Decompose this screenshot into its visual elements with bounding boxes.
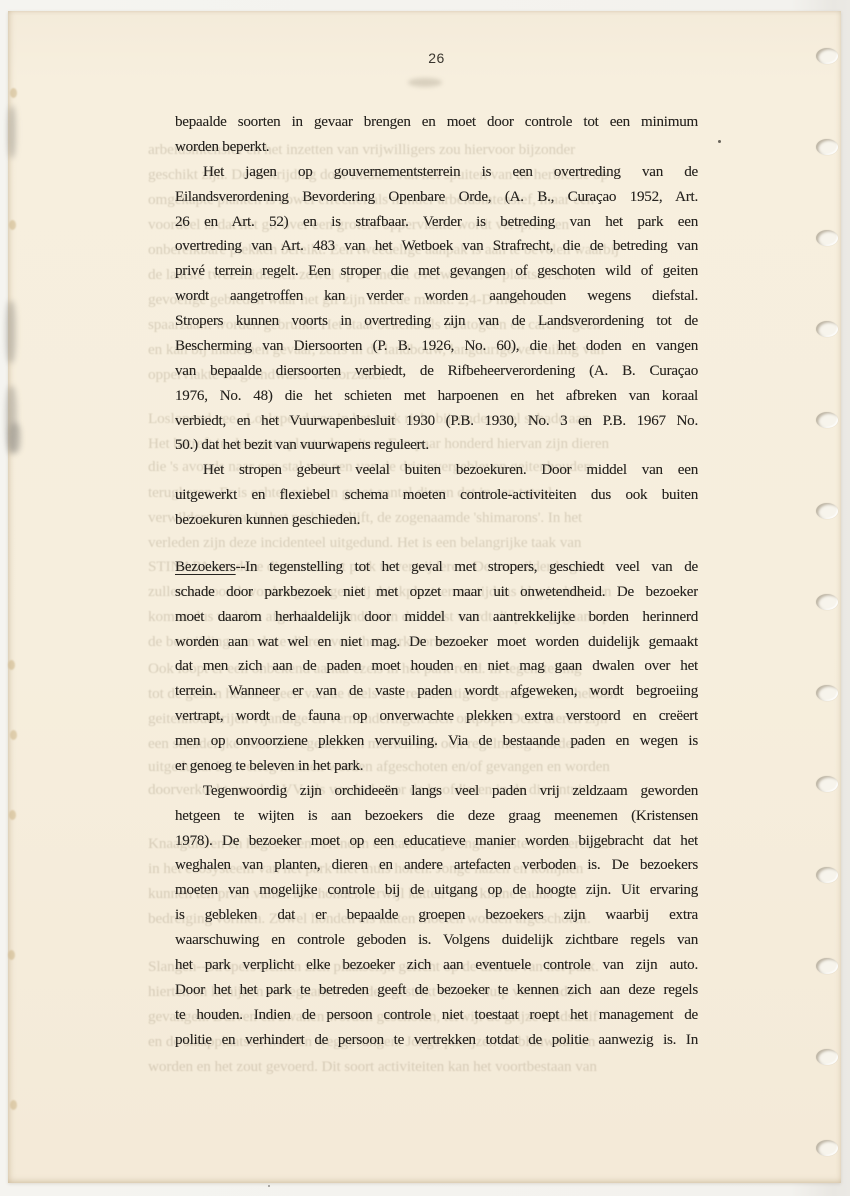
binder-hole [816, 958, 838, 974]
edge-spot [9, 220, 16, 230]
text-line: dat men zich aan de paden moet houden en… [175, 654, 698, 679]
binder-hole [816, 503, 838, 519]
text-line: moet daarom herhaaldelijk door middel va… [175, 605, 698, 630]
text-line: te houden. Indien de persoon controle ni… [175, 1003, 698, 1028]
edge-spot [8, 660, 15, 670]
text-line: van bepaalde diersoorten verbiedt, de Ri… [175, 359, 698, 384]
text-line: 50.) dat het bezit van vuurwapens regule… [175, 433, 698, 458]
paper: arbeidsintensief en het inzetten van vri… [8, 11, 841, 1183]
edge-smudge [6, 301, 16, 363]
text-line: moeten van mogelijke controle bij de uit… [175, 878, 698, 903]
text-line: men op onvoorziene plekken vervuiling. V… [175, 729, 698, 754]
text-line: vertrapt, wordt de fauna op onverwachte … [175, 704, 698, 729]
text-line: Het stropen gebeurt veelal buiten bezoek… [175, 458, 698, 483]
text-line: Tegenwoordig zijn orchideeën langs veel … [175, 779, 698, 804]
text-line: worden aan wat wel en niet mag. De bezoe… [175, 630, 698, 655]
text-line: weghalen van planten, dieren en andere a… [175, 853, 698, 878]
text-line: er genoeg te beleven in het park. [175, 754, 698, 779]
binder-hole [816, 139, 838, 155]
pagenum-smudge [408, 78, 442, 87]
binder-hole [816, 412, 838, 428]
ink-speck [268, 1185, 270, 1187]
binder-hole [816, 776, 838, 792]
text-line: 1976, No. 48) die het schieten met harpo… [175, 384, 698, 409]
text-line: verbiedt, en het Vuurwapenbesluit 1930 (… [175, 409, 698, 434]
binder-hole [816, 867, 838, 883]
paragraph: bepaalde soorten in gevaar brengen en mo… [175, 110, 698, 160]
text-line: worden beperkt. [175, 135, 698, 160]
edge-spot [10, 88, 17, 98]
binder-hole [816, 321, 838, 337]
edge-spot [9, 810, 16, 820]
paragraph: Tegenwoordig zijn orchideeën langs veel … [175, 779, 698, 1053]
text-line: overtreding van Art. 483 van het Wetboek… [175, 234, 698, 259]
text-line: wordt aangetroffen kan verder worden aan… [175, 284, 698, 309]
text-line: bepaalde soorten in gevaar brengen en mo… [175, 110, 698, 135]
binder-hole [816, 48, 838, 64]
binder-hole [816, 685, 838, 701]
binder-hole [816, 1140, 838, 1156]
text-line: 26 en Art. 52) en is strafbaar. Verder i… [175, 210, 698, 235]
text-line: het park verplicht elke bezoeker zich aa… [175, 953, 698, 978]
text-line: Door het het park te betreden geeft de b… [175, 978, 698, 1003]
binder-hole [816, 230, 838, 246]
text-line: is gebleken dat er bepaalde groepen bezo… [175, 903, 698, 928]
text-line: privé terrein regelt. Een stroper die me… [175, 259, 698, 284]
ink-speck [718, 140, 721, 143]
scan-background: arbeidsintensief en het inzetten van vri… [0, 0, 850, 1196]
text-line: politie en verhindert de persoon te vert… [175, 1028, 698, 1053]
text-line: Eilandsverordening Bevordering Openbare … [175, 185, 698, 210]
binder-hole [816, 594, 838, 610]
text-line: Het jagen op gouvernementsterrein is een… [175, 160, 698, 185]
text-line: waarschuwing en controle geboden is. Vol… [175, 928, 698, 953]
text-line: hetgeen te wijten is aan bezoekers die d… [175, 804, 698, 829]
text-line: Stropers kunnen voorts in overtreding zi… [175, 309, 698, 334]
edge-spot [8, 950, 15, 960]
paragraph: Bezoekers--In tegenstelling tot het geva… [175, 555, 698, 779]
text-line: Bezoekers--In tegenstelling tot het geva… [175, 555, 698, 580]
text-line: bezoekuren kunnen geschieden. [175, 508, 698, 533]
edge-spot [10, 1100, 17, 1110]
binder-hole [816, 1049, 838, 1065]
paragraph: Het jagen op gouvernementsterrein is een… [175, 160, 698, 459]
paragraph: Het stropen gebeurt veelal buiten bezoek… [175, 458, 698, 533]
edge-smudge [9, 423, 21, 453]
text-line: terrein. Wanneer er van de vaste paden w… [175, 679, 698, 704]
page-number: 26 [175, 50, 698, 66]
ghost-line: worden en het zout gevoerd. Dit soort ac… [148, 1058, 726, 1076]
text-line: Bescherming van Diersoorten (P. B. 1926,… [175, 334, 698, 359]
edge-smudge [8, 106, 16, 158]
text-line: 1978). De bezoeker moet op een educatiev… [175, 829, 698, 854]
text-line: uitgewerkt en flexiebel schema moeten co… [175, 483, 698, 508]
text-column: bepaalde soorten in gevaar brengen en mo… [175, 110, 698, 1052]
edge-spot [10, 730, 17, 740]
underlined-term: Bezoekers [175, 559, 236, 575]
text-line: schade door parkbezoek niet met opzet ma… [175, 580, 698, 605]
